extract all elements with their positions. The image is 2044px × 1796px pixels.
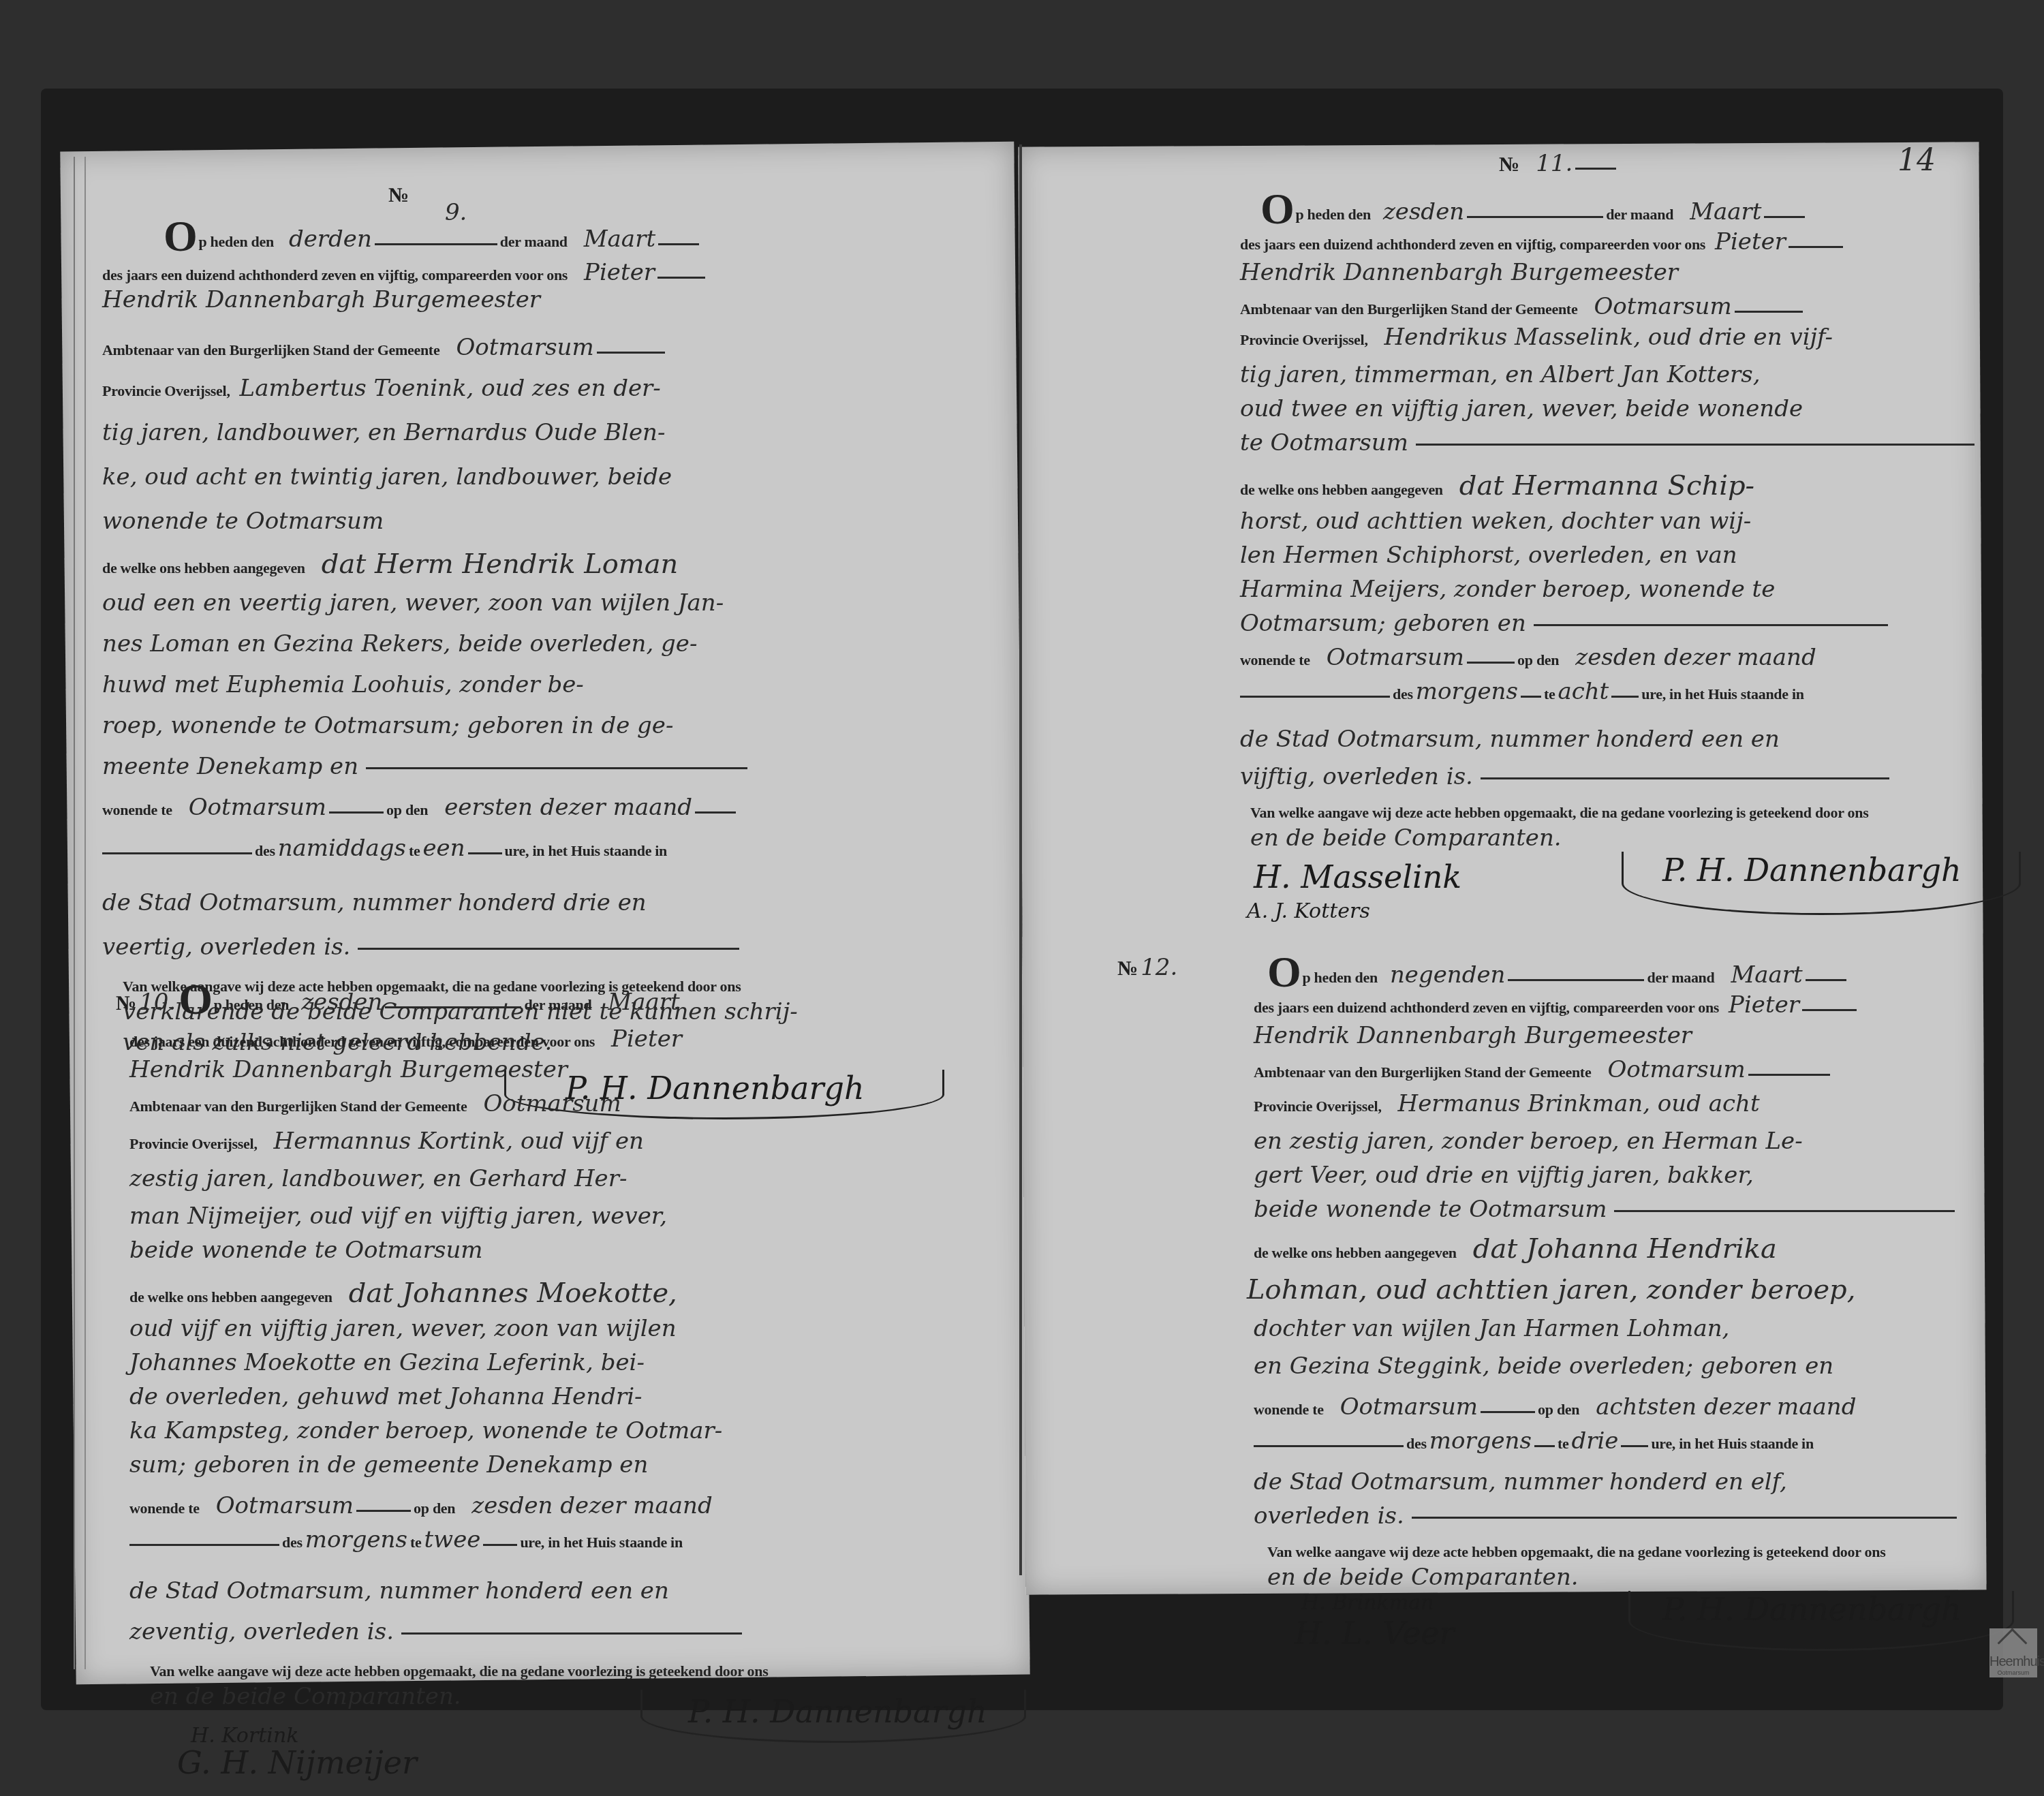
record-month: Maart	[584, 226, 655, 253]
witness-text: tig jaren, timmerman, en Albert Jan Kott…	[1240, 361, 1761, 388]
daypart: morgens	[1416, 678, 1518, 705]
printed-text: ure, in het Huis staande in	[1641, 685, 1803, 702]
witness-text: beide wonende te Ootmarsum	[129, 1237, 483, 1264]
closing-text: en de beide Comparanten.	[1250, 824, 1562, 852]
folio-number: 14	[1898, 143, 1936, 178]
printed-text: p heden den	[214, 996, 289, 1013]
initial-o: O	[164, 212, 197, 260]
house-text: de Stad Ootmarsum, nummer honderd drie e…	[102, 889, 647, 916]
official-name: Hendrik Dannenbargh Burgemeester	[1240, 259, 1678, 286]
signature-witness: H. Masselink	[1254, 858, 1461, 895]
house-text: overleden is.	[1254, 1502, 1404, 1530]
witness-text: Hermannus Kortink, oud vijf en	[274, 1128, 644, 1155]
printed-text: wonende te	[1254, 1401, 1324, 1418]
hour: twee	[424, 1526, 480, 1553]
printed-text: ure, in het Huis staande in	[1651, 1435, 1813, 1452]
daypart: morgens	[305, 1526, 407, 1553]
initial-o: O	[1267, 948, 1301, 996]
deceased-text: dochter van wijlen Jan Harmen Lohman,	[1254, 1315, 1729, 1342]
hour: een	[422, 835, 465, 862]
death-day: zesden dezer maand	[1575, 644, 1816, 671]
deceased-text: meente Denekamp en	[102, 753, 358, 780]
printed-text: des jaars een duizend achthonderd zeven …	[1240, 236, 1705, 253]
deceased-text: Harmina Meijers, zonder beroep, wonende …	[1240, 576, 1775, 603]
house-text: vijftig, overleden is.	[1240, 763, 1473, 790]
record-day: zesden	[301, 989, 382, 1016]
printed-text: te	[1544, 685, 1555, 702]
witness-text: te Ootmarsum	[1240, 429, 1408, 456]
residence: Ootmarsum	[1340, 1393, 1478, 1421]
record-day: negenden	[1390, 961, 1506, 989]
official-name: Hendrik Dannenbargh Burgemeester	[1254, 1022, 1692, 1049]
printed-text: der maand	[1606, 206, 1673, 223]
official-first-name: Pieter	[584, 259, 655, 286]
signature-witness: H. Brinkman	[1301, 1591, 1434, 1615]
witness-text: zestig jaren, landbouwer, en Gerhard Her…	[129, 1165, 627, 1192]
house-text: de Stad Ootmarsum, nummer honderd een en	[129, 1577, 669, 1605]
printed-text: Ambtenaar van den Burgerlijken Stand der…	[1240, 300, 1577, 318]
printed-text: te	[409, 842, 420, 859]
deceased-name: dat Herm Hendrik Loman	[322, 548, 679, 580]
hour: drie	[1571, 1427, 1618, 1455]
printed-text: ure, in het Huis staande in	[505, 842, 667, 859]
printed-text: der maand	[1647, 969, 1714, 986]
deceased-text: len Hermen Schiphorst, overleden, en van	[1240, 542, 1737, 569]
residence: Ootmarsum	[216, 1492, 354, 1519]
house-text: veertig, overleden is.	[102, 933, 350, 961]
house-text: zeventig, overleden is.	[129, 1618, 394, 1645]
printed-text: des	[1406, 1435, 1427, 1452]
deceased-text: Lohman, oud achttien jaren, zonder beroe…	[1247, 1274, 1855, 1305]
printed-text: wonende te	[129, 1500, 200, 1517]
printed-text: de welke ons hebben aangegeven	[129, 1288, 332, 1305]
signature-flourish	[1628, 1591, 2014, 1651]
printed-text: Van welke aangave wij deze acte hebben o…	[150, 1662, 768, 1680]
record-month: Maart	[1690, 198, 1761, 226]
record-day: derden	[289, 226, 372, 253]
initial-o: O	[179, 975, 212, 1023]
hour: acht	[1558, 678, 1609, 705]
death-day: achtsten dezer maand	[1596, 1393, 1856, 1421]
printed-text: der maand	[500, 233, 568, 250]
record-number: 12.	[1141, 954, 1177, 981]
house-roof-icon	[1998, 1628, 2028, 1658]
witness-text: Hermanus Brinkman, oud acht	[1398, 1090, 1760, 1117]
official-name: Hendrik Dannenbargh Burgemeester	[102, 286, 540, 313]
printed-text: de welke ons hebben aangegeven	[1254, 1244, 1457, 1261]
signature-witness: H. L. Veer	[1295, 1615, 1455, 1652]
printed-text: der maand	[524, 996, 591, 1013]
signature-flourish	[1622, 852, 2021, 915]
printed-text: Ambtenaar van den Burgerlijken Stand der…	[129, 1098, 467, 1115]
gemeente: Ootmarsum	[483, 1090, 621, 1117]
house-text: de Stad Ootmarsum, nummer honderd een en	[1240, 726, 1780, 753]
printed-text: Van welke aangave wij deze acte hebben o…	[1267, 1543, 1885, 1561]
heemhuis-watermark: Heemhuis Ootmarsum	[1989, 1628, 2037, 1677]
watermark-name: Heemhuis	[1989, 1654, 2037, 1670]
signature-flourish	[640, 1690, 1026, 1743]
printed-text: p heden den	[198, 233, 273, 250]
witness-text: tig jaren, landbouwer, en Bernardus Oude…	[102, 419, 665, 446]
witness-text: wonende te Ootmarsum	[102, 508, 384, 535]
deceased-text: sum; geboren in de gemeente Denekamp en	[129, 1451, 648, 1478]
witness-text: Hendrikus Masselink, oud drie en vijf-	[1384, 324, 1833, 351]
gemeente: Ootmarsum	[1607, 1056, 1745, 1083]
record-day: zesden	[1383, 198, 1464, 226]
witness-text: Lambertus Toenink, oud zes en der-	[240, 375, 661, 402]
book-gutter	[1019, 144, 1022, 1575]
signature-witness: G. H. Nijmeijer	[177, 1744, 417, 1781]
witness-text: man Nijmeijer, oud vijf en vijftig jaren…	[129, 1203, 667, 1230]
printed-text: wonende te	[1240, 651, 1310, 668]
printed-text: op den	[414, 1500, 455, 1517]
record-number-label: №	[1499, 153, 1519, 176]
official-first-name: Pieter	[1729, 991, 1799, 1019]
printed-text: op den	[1517, 651, 1559, 668]
house-text: de Stad Ootmarsum, nummer honderd en elf…	[1254, 1468, 1787, 1496]
printed-text: ure, in het Huis staande in	[520, 1534, 682, 1551]
printed-text: des	[255, 842, 275, 859]
deceased-text: horst, oud achttien weken, dochter van w…	[1240, 508, 1751, 535]
gemeente: Ootmarsum	[456, 334, 593, 361]
witness-text: en zestig jaren, zonder beroep, en Herma…	[1254, 1128, 1803, 1155]
death-day: eersten dezer maand	[444, 794, 692, 821]
watermark-place: Ootmarsum	[1989, 1669, 2037, 1676]
printed-text: des jaars een duizend achthonderd zeven …	[1254, 999, 1719, 1016]
printed-text: te	[1558, 1435, 1569, 1452]
printed-text: p heden den	[1295, 206, 1370, 223]
printed-text: Provincie Overijssel,	[102, 382, 230, 399]
residence: Ootmarsum	[189, 794, 326, 821]
deceased-text: oud een en veertig jaren, wever, zoon va…	[102, 589, 724, 617]
deceased-name: dat Hermanna Schip-	[1459, 470, 1754, 501]
printed-text: op den	[1538, 1401, 1579, 1418]
record-month: Maart	[1731, 961, 1802, 989]
deceased-text: oud vijf en vijftig jaren, wever, zoon v…	[129, 1315, 677, 1342]
printed-text: de welke ons hebben aangegeven	[1240, 481, 1443, 498]
deceased-text: en Gezina Steggink, beide overleden; geb…	[1254, 1352, 1833, 1380]
daypart: namiddags	[278, 835, 406, 862]
printed-text: te	[410, 1534, 422, 1551]
witness-text: beide wonende te Ootmarsum	[1254, 1196, 1607, 1223]
deceased-name: dat Johanna Hendrika	[1473, 1233, 1777, 1265]
deceased-text: de overleden, gehuwd met Johanna Hendri-	[129, 1383, 642, 1410]
witness-text: oud twee en vijftig jaren, wever, beide …	[1240, 395, 1803, 422]
printed-text: Provincie Overijssel,	[129, 1135, 258, 1152]
closing-text: en de beide Comparanten.	[150, 1683, 461, 1710]
gemeente: Ootmarsum	[1594, 293, 1731, 320]
record-number: 11.	[1536, 150, 1573, 177]
page-edges	[74, 157, 86, 1669]
printed-text: Van welke aangave wij deze acte hebben o…	[1250, 804, 1868, 822]
residence: Ootmarsum	[1327, 644, 1464, 671]
printed-text: p heden den	[1302, 969, 1377, 986]
printed-text: des jaars een duizend achthonderd zeven …	[102, 266, 568, 283]
signature-witness: A. J. Kotters	[1247, 899, 1370, 923]
printed-text: de welke ons hebben aangegeven	[102, 559, 305, 576]
printed-text: Ambtenaar van den Burgerlijken Stand der…	[102, 341, 439, 358]
printed-text: wonende te	[102, 801, 172, 818]
printed-text: Provincie Overijssel,	[1240, 331, 1368, 348]
printed-text: Ambtenaar van den Burgerlijken Stand der…	[1254, 1064, 1591, 1081]
deceased-text: Ootmarsum; geboren en	[1240, 610, 1526, 637]
record-month: Maart	[608, 989, 679, 1016]
deceased-text: ka Kampsteg, zonder beroep, wonende te O…	[129, 1417, 722, 1444]
deceased-text: nes Loman en Gezina Rekers, beide overle…	[102, 630, 697, 657]
closing-text: en de beide Comparanten.	[1267, 1564, 1579, 1591]
official-first-name: Pieter	[1715, 228, 1786, 256]
death-day: zesden dezer maand	[471, 1492, 713, 1519]
deceased-text: huwd met Euphemia Loohuis, zonder be-	[102, 671, 584, 698]
printed-text: op den	[386, 801, 428, 818]
deceased-name: dat Johannes Moekotte,	[349, 1278, 677, 1309]
record-number-label: №	[388, 184, 409, 206]
record-number-label: №	[1117, 957, 1138, 980]
witness-text: gert Veer, oud drie en vijftig jaren, ba…	[1254, 1162, 1754, 1189]
deceased-text: Johannes Moekotte en Gezina Leferink, be…	[129, 1349, 645, 1376]
witness-text: ke, oud acht en twintig jaren, landbouwe…	[102, 463, 672, 491]
initial-o: O	[1260, 185, 1294, 233]
printed-text: des	[1393, 685, 1413, 702]
daypart: morgens	[1429, 1427, 1532, 1455]
official-first-name: Pieter	[611, 1025, 682, 1053]
printed-text: des	[282, 1534, 303, 1551]
deceased-text: roep, wonende te Ootmarsum; geboren in d…	[102, 712, 673, 739]
record-number: 10.	[139, 989, 176, 1016]
record-number-label: №	[116, 992, 136, 1015]
printed-text: Provincie Overijssel,	[1254, 1098, 1382, 1115]
official-name: Hendrik Dannenbargh Burgemeester	[129, 1056, 568, 1083]
printed-text: des jaars een duizend achthonderd zeven …	[129, 1033, 595, 1050]
